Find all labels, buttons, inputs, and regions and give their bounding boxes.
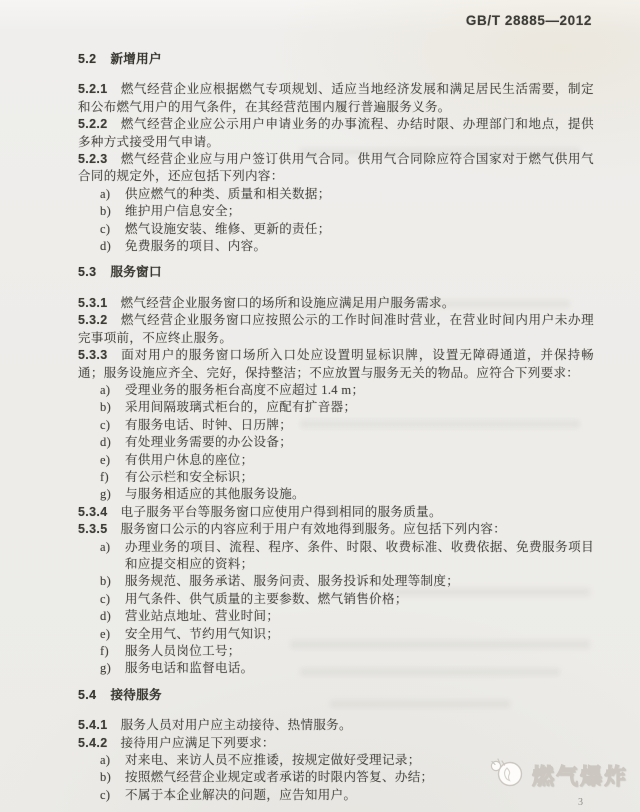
list-item-text: 有处理业务需要的办公设备； xyxy=(125,434,594,451)
clause-text: 面对用户的服务窗口场所入口处应设置明显标识牌，设置无障碍通道，并保持畅通；服务设… xyxy=(78,348,594,379)
page-number: 3 xyxy=(578,797,583,808)
list-item-text: 采用间隔玻璃式柜台的，应配有扩音器； xyxy=(125,399,594,416)
list-item-text: 燃气设施安装、维修、更新的责任； xyxy=(125,221,594,238)
clause-number: 5.4.1 xyxy=(78,718,108,732)
section-heading: 5.4接待服务 xyxy=(78,687,594,704)
section-number: 5.3 xyxy=(78,265,96,279)
list-item: e) 有供用户休息的座位； xyxy=(100,452,594,469)
clause-number: 5.2.1 xyxy=(78,82,108,96)
list-item: b) 维护用户信息安全； xyxy=(100,203,594,220)
list-item: b) 采用间隔玻璃式柜台的，应配有扩音器； xyxy=(100,399,594,416)
clause-text: 电子服务平台等服务窗口应使用户得到相同的服务质量。 xyxy=(121,505,442,519)
list-item-marker: a) xyxy=(100,186,125,203)
clause-paragraph: 5.2.3燃气经营企业应与用户签订供用气合同。供用气合同除应符合国家对于燃气供用… xyxy=(78,151,594,186)
list-item-text: 有供用户休息的座位； xyxy=(125,452,594,469)
list-item: f) 服务人员岗位工号； xyxy=(100,643,594,660)
list-item-text: 服务规范、服务承诺、服务问责、服务投诉和处理等制度； xyxy=(125,573,594,590)
list-item: g) 与服务相适应的其他服务设施。 xyxy=(100,486,594,503)
clause-paragraph: 5.2.2燃气经营企业应公示用户申请业务的办事流程、办结时限、办理部门和地点，提… xyxy=(78,116,594,151)
clause-paragraph: 5.4.1服务人员对用户应主动接待、热情服务。 xyxy=(78,717,594,734)
clause-paragraph: 5.3.4电子服务平台等服务窗口应使用户得到相同的服务质量。 xyxy=(78,504,594,521)
clause-text: 接待用户应满足下列要求： xyxy=(121,736,275,750)
clause-paragraph: 5.2.1燃气经营企业应根据燃气专项规划、适应当地经济发展和满足居民生活需要，制… xyxy=(78,81,594,116)
list-item-marker: a) xyxy=(100,539,125,574)
list-item-marker: g) xyxy=(100,486,125,503)
section-number: 5.4 xyxy=(78,688,96,702)
list-item: c) 用气条件、供气质量的主要参数、燃气销售价格； xyxy=(100,591,594,608)
list-item-marker: a) xyxy=(100,752,125,769)
list-item: d) 有处理业务需要的办公设备； xyxy=(100,434,594,451)
list-item: e) 安全用气、节约用气知识； xyxy=(100,626,594,643)
clause-text: 服务人员对用户应主动接待、热情服务。 xyxy=(121,718,352,732)
clause-paragraph: 5.3.3面对用户的服务窗口场所入口处应设置明显标识牌，设置无障碍通道，并保持畅… xyxy=(78,347,594,382)
list-item-marker: f) xyxy=(100,469,125,486)
section-title: 接待服务 xyxy=(110,688,161,702)
scan-layer: GB/T 28885—2012 5.2新增用户 5.2.1燃气经营企业应根据燃气… xyxy=(0,0,640,812)
list-item-marker: d) xyxy=(100,238,125,255)
list-item-marker: d) xyxy=(100,608,125,625)
list-item-text: 与服务相适应的其他服务设施。 xyxy=(125,486,594,503)
list-item-text: 有公示栏和安全标识； xyxy=(125,469,594,486)
list-item: f) 有公示栏和安全标识； xyxy=(100,469,594,486)
list-item-marker: d) xyxy=(100,434,125,451)
section-number: 5.2 xyxy=(78,52,96,66)
list-item-marker: f) xyxy=(100,643,125,660)
clause-text: 燃气经营企业应根据燃气专项规划、适应当地经济发展和满足居民生活需要，制定和公布燃… xyxy=(78,82,594,113)
clause-number: 5.3.2 xyxy=(78,313,108,327)
clause-number: 5.4.2 xyxy=(78,736,108,750)
list-item: a) 办理业务的项目、流程、程序、条件、时限、收费标准、收费依据、免费服务项目和… xyxy=(100,539,594,574)
clause-paragraph: 5.3.5服务窗口公示的内容应利于用户有效地得到服务。应包括下列内容： xyxy=(78,521,594,538)
list-item: c) 燃气设施安装、维修、更新的责任； xyxy=(100,221,594,238)
list-item-marker: c) xyxy=(100,787,125,804)
clause-text: 燃气经营企业服务窗口的场所和设施应满足用户服务需求。 xyxy=(121,296,455,310)
list-item-marker: g) xyxy=(100,660,125,677)
list-item-marker: b) xyxy=(100,769,125,786)
list-item-text: 办理业务的项目、流程、程序、条件、时限、收费标准、收费依据、免费服务项目和应提交… xyxy=(125,539,594,574)
list-item-marker: b) xyxy=(100,203,125,220)
clause-text: 燃气经营企业应与用户签订供用气合同。供用气合同除应符合国家对于燃气供用气合同的规… xyxy=(78,152,594,183)
list-item: c) 有服务电话、时钟、日历牌； xyxy=(100,417,594,434)
section-title: 服务窗口 xyxy=(110,265,161,279)
list-item-marker: c) xyxy=(100,591,125,608)
list-item-text: 有服务电话、时钟、日历牌； xyxy=(125,417,594,434)
list-item: g) 服务电话和监督电话。 xyxy=(100,660,594,677)
clause-number: 5.3.4 xyxy=(78,505,108,519)
clause-paragraph: 5.3.2燃气经营企业服务窗口应按照公示的工作时间准时营业，在营业时间内用户未办… xyxy=(78,312,594,347)
clause-text: 燃气经营企业服务窗口应按照公示的工作时间准时营业，在营业时间内用户未办理完事项前… xyxy=(78,313,594,344)
list-item: d) 营业站点地址、营业时间； xyxy=(100,608,594,625)
list-item-text: 服务人员岗位工号； xyxy=(125,643,594,660)
list-item-text: 服务电话和监督电话。 xyxy=(125,660,594,677)
watermark: 燃气爆炸 xyxy=(487,756,628,795)
scanned-document-page: GB/T 28885—2012 5.2新增用户 5.2.1燃气经营企业应根据燃气… xyxy=(0,0,640,812)
clause-text: 服务窗口公示的内容应利于用户有效地得到服务。应包括下列内容： xyxy=(121,522,507,536)
list-item-text: 营业站点地址、营业时间； xyxy=(125,608,594,625)
clause-paragraph: 5.4.2接待用户应满足下列要求： xyxy=(78,735,594,752)
list-item-marker: c) xyxy=(100,417,125,434)
clause-number: 5.3.1 xyxy=(78,296,108,310)
clause-number: 5.2.3 xyxy=(78,152,108,166)
list-item-marker: c) xyxy=(100,221,125,238)
list-item-marker: e) xyxy=(100,626,125,643)
clause-number: 5.3.3 xyxy=(78,348,108,362)
clause-number: 5.3.5 xyxy=(78,522,108,536)
watermark-text: 燃气爆炸 xyxy=(532,760,628,791)
list-item-text: 安全用气、节约用气知识； xyxy=(125,626,594,643)
standard-code-header: GB/T 28885—2012 xyxy=(466,13,592,28)
list-item: a) 受理业务的服务柜台高度不应超过 1.4 m； xyxy=(100,382,594,399)
list-item-marker: e) xyxy=(100,452,125,469)
clause-text: 燃气经营企业应公示用户申请业务的办事流程、办结时限、办理部门和地点，提供多种方式… xyxy=(78,117,594,148)
list-item: a) 供应燃气的种类、质量和相关数据； xyxy=(100,186,594,203)
section-heading: 5.2新增用户 xyxy=(78,51,594,68)
document-body: 5.2新增用户 5.2.1燃气经营企业应根据燃气专项规划、适应当地经济发展和满足… xyxy=(78,42,594,804)
list-item: b) 服务规范、服务承诺、服务问责、服务投诉和处理等制度； xyxy=(100,573,594,590)
section-heading: 5.3服务窗口 xyxy=(78,264,594,281)
list-item-text: 维护用户信息安全； xyxy=(125,203,594,220)
list-item-marker: b) xyxy=(100,573,125,590)
list-item: d) 免费服务的项目、内容。 xyxy=(100,238,594,255)
explosion-flame-icon xyxy=(487,756,527,795)
list-item-text: 供应燃气的种类、质量和相关数据； xyxy=(125,186,594,203)
section-title: 新增用户 xyxy=(110,52,161,66)
list-item-text: 用气条件、供气质量的主要参数、燃气销售价格； xyxy=(125,591,594,608)
list-item-text: 免费服务的项目、内容。 xyxy=(125,238,594,255)
clause-number: 5.2.2 xyxy=(78,117,108,131)
list-item-marker: b) xyxy=(100,399,125,416)
list-item-text: 受理业务的服务柜台高度不应超过 1.4 m； xyxy=(125,382,594,399)
clause-paragraph: 5.3.1燃气经营企业服务窗口的场所和设施应满足用户服务需求。 xyxy=(78,295,594,312)
list-item-marker: a) xyxy=(100,382,125,399)
